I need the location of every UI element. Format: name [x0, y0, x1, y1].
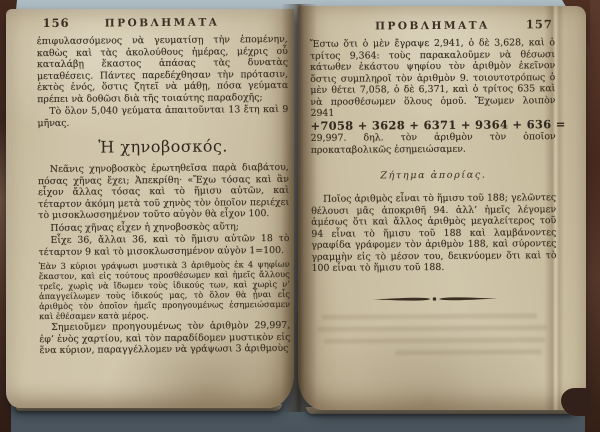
paragraph-goose-riddle: Νεᾶνις χηνοβοσκὸς ἐρωτηθεῖσα παρὰ διαβάτ…	[38, 162, 289, 222]
left-running-head: 156 ΠΡΟΒΛΗΜΑΤΑ	[37, 14, 288, 30]
book-page-right: ΠΡΟΒΛΗΜΑΤΑ 157 Ἔστω ὅτι ὁ μὲν ἔγραψε 2,9…	[298, 6, 586, 410]
section-heading-aporia: Ζήτημα ἀπορίας.	[311, 169, 556, 182]
paragraph-carryover: ἐπιφυλασσόμενος νὰ γευματίσῃ τὴν ἑπομένη…	[37, 34, 289, 105]
page-number: 156	[37, 16, 70, 30]
book-page-left: 156 ΠΡΟΒΛΗΜΑΤΑ ἐπιφυλασσόμενος νὰ γευματ…	[6, 9, 294, 408]
paragraph-number-trick-small: Ἐὰν 3 κύριοι γράψωσι μυστικὰ 3 ἀριθμοὺς …	[39, 259, 291, 321]
page-number: 157	[526, 17, 555, 31]
paragraph-answer: Τὸ ὅλον 5,040 γεύματα ἀπαιτοῦνται 13 ἔτη…	[37, 104, 288, 129]
paragraph-goose-question: Πόσας χῆνας εἶχεν ἡ χηνοβοσκὸς αὕτη;	[38, 220, 289, 234]
running-head-spacer	[219, 25, 287, 26]
running-title: ΠΡΟΒΛΗΜΑΤΑ	[375, 20, 490, 33]
tailpiece-ornament	[369, 293, 499, 304]
show-through-line	[322, 313, 538, 320]
show-through-line	[317, 325, 547, 332]
book-photo-scene: 156 ΠΡΟΒΛΗΜΑΤΑ ἐπιφυλασσόμενος νὰ γευματ…	[0, 0, 600, 432]
paragraph-half-of-188: Ποῖος ἀριθμὸς εἶναι τὸ ἥμισυ τοῦ 188; γε…	[311, 192, 557, 274]
book-cover-right-edge	[585, 0, 600, 432]
show-through-line	[395, 349, 542, 355]
show-through-line	[324, 337, 545, 344]
book-gutter-shadow	[281, 4, 317, 412]
right-running-head: ΠΡΟΒΛΗΜΑΤΑ 157	[310, 17, 555, 33]
paragraph-solution: Ἔστω ὅτι ὁ μὲν ἔγραψε 2,941, ὁ δὲ 3,628,…	[310, 37, 556, 119]
show-through-text	[312, 313, 557, 356]
paragraph-trick-note: Σημειοῦμεν προηγουμένως τὸν ἀριθμὸν 29,9…	[39, 320, 290, 357]
paragraph-solution-result: 29,997. δηλ. τὸν ἀριθμὸν τὸν ὁποῖον προκ…	[311, 131, 556, 156]
paragraph-goose-answer: Εἶχε 36, ἄλλαι 36, καὶ τὸ ἥμισυ αὐτῶν 18…	[38, 233, 289, 258]
book-cover-bottom-right-corner	[561, 388, 591, 416]
section-heading-goose-keeper: Ἡ χηνοβοσκός.	[38, 136, 289, 157]
left-page-content: 156 ΠΡΟΒΛΗΜΑΤΑ ἐπιφυλασσόμενος νὰ γευματ…	[37, 14, 291, 357]
right-page-content: ΠΡΟΒΛΗΜΑΤΑ 157 Ἔστω ὅτι ὁ μὲν ἔγραψε 2,9…	[310, 17, 557, 355]
running-title: ΠΡΟΒΛΗΜΑΤΑ	[105, 17, 220, 30]
